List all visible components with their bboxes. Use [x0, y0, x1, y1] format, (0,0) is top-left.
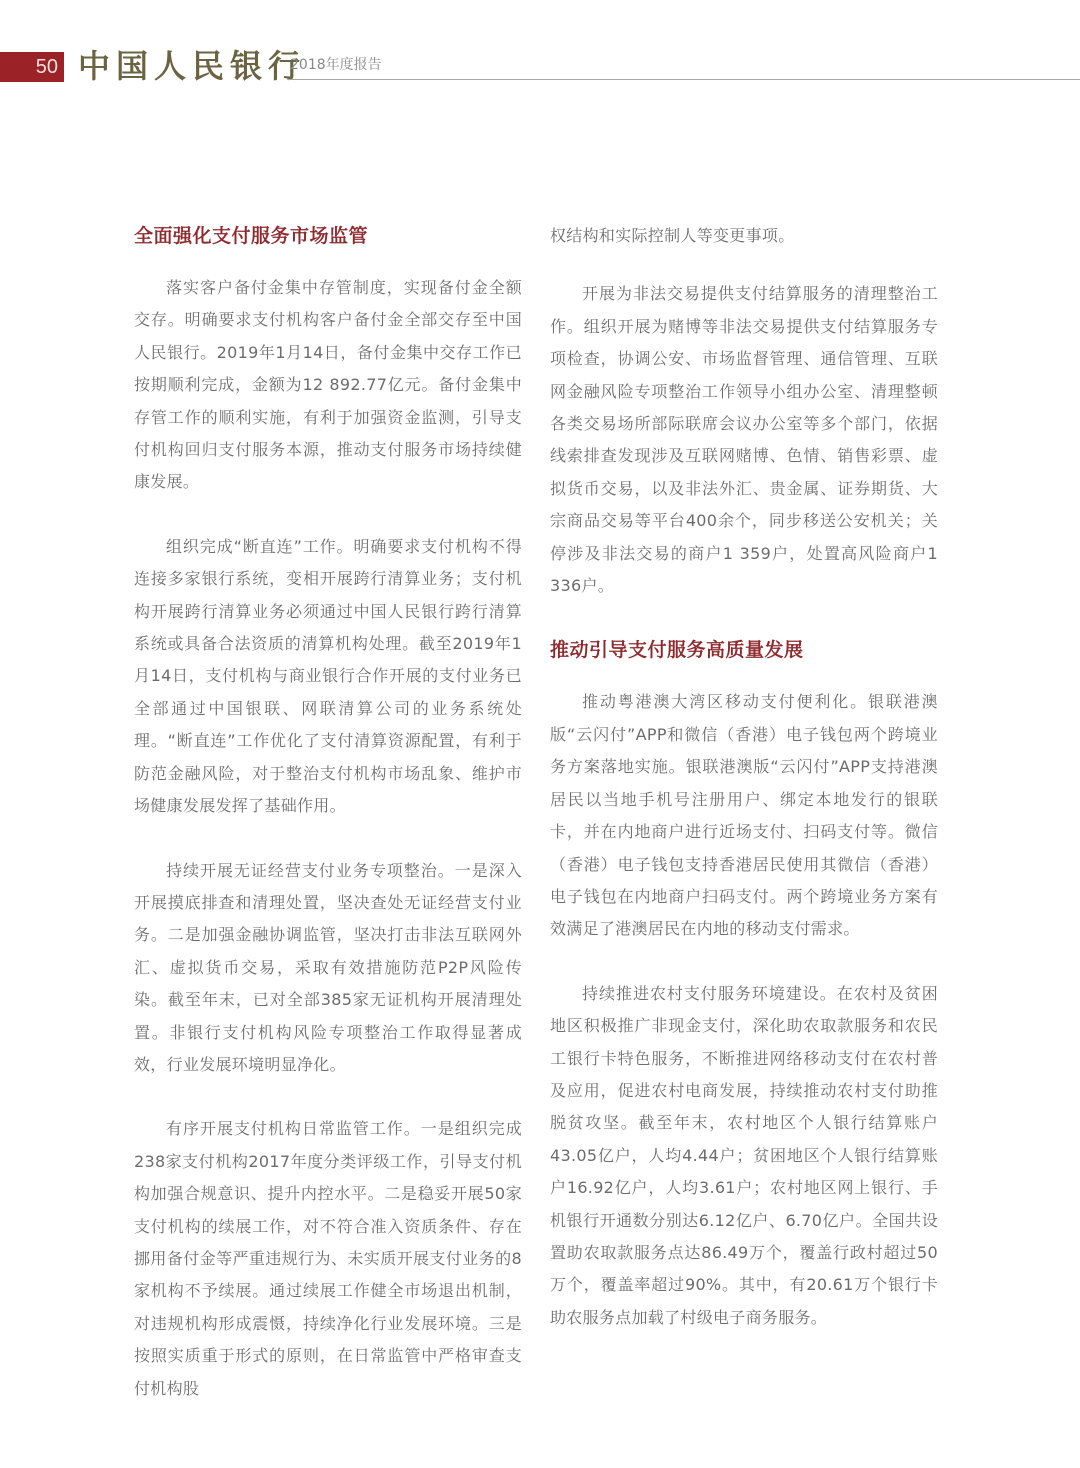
left-column: 全面强化支付服务市场监管 落实客户备付金集中存管制度，实现备付金全额交存。明确要…: [134, 220, 522, 1437]
bank-name-logo: 中国人民银行: [78, 46, 306, 86]
paragraph-reserve-funds: 落实客户备付金集中存管制度，实现备付金全额交存。明确要求支付机构客户备付金全部交…: [134, 272, 522, 499]
section-heading-high-quality-development: 推动引导支付服务高质量发展: [550, 634, 938, 666]
paragraph-continuation: 权结构和实际控制人等变更事项。: [550, 220, 938, 252]
report-title: 2018年度报告: [290, 56, 382, 74]
page-number: 50: [0, 52, 64, 82]
right-column: 权结构和实际控制人等变更事项。 开展为非法交易提供支付结算服务的清理整治工作。组…: [550, 220, 938, 1366]
page-header: 50 中国人民银行 2018年度报告: [0, 48, 1080, 88]
header-divider: [287, 79, 1080, 80]
paragraph-unlicensed-payment: 持续开展无证经营支付业务专项整治。一是深入开展摸底排查和清理处置，坚决查处无证经…: [134, 855, 522, 1082]
paragraph-greater-bay-area: 推动粤港澳大湾区移动支付便利化。银联港澳版“云闪付”APP和微信（香港）电子钱包…: [550, 686, 938, 945]
paragraph-direct-connection: 组织完成“断直连”工作。明确要求支付机构不得连接多家银行系统，变相开展跨行清算业…: [134, 531, 522, 823]
paragraph-illegal-transactions: 开展为非法交易提供支付结算服务的清理整治工作。组织开展为赌博等非法交易提供支付结…: [550, 278, 938, 602]
paragraph-daily-supervision: 有序开展支付机构日常监管工作。一是组织完成238家支付机构2017年度分类评级工…: [134, 1113, 522, 1405]
section-heading-market-supervision: 全面强化支付服务市场监管: [134, 220, 522, 252]
paragraph-rural-payment: 持续推进农村支付服务环境建设。在农村及贫困地区积极推广非现金支付，深化助农取款服…: [550, 978, 938, 1334]
